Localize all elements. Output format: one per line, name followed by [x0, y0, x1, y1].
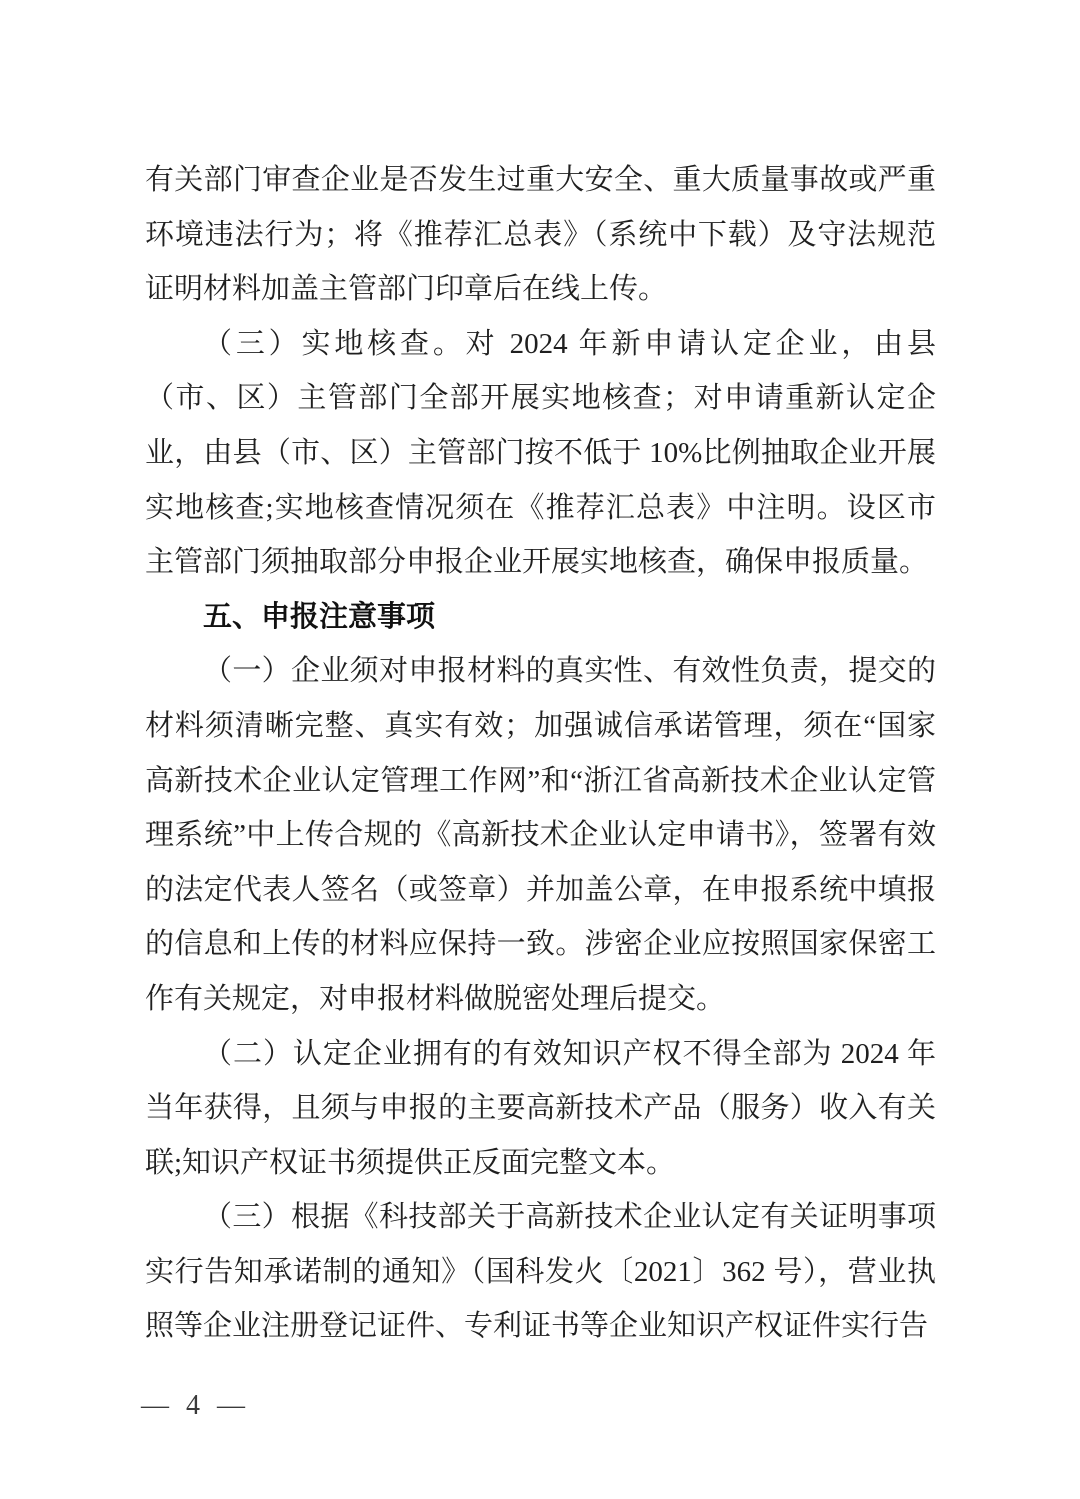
document-body: 有关部门审查企业是否发生过重大安全、重大质量事故或严重环境违法行为；将《推荐汇总… — [145, 153, 936, 1354]
paragraph: （三）根据《科技部关于高新技术企业认定有关证明事项实行告知承诺制的通知》（国科发… — [145, 1190, 936, 1354]
paragraph: （一）企业须对申报材料的真实性、有效性负责，提交的材料须清晰完整、真实有效；加强… — [145, 644, 936, 1026]
paragraph: （二）认定企业拥有的有效知识产权不得全部为 2024 年当年获得，且须与申报的主… — [145, 1027, 936, 1191]
paragraph: （三）实地核查。对 2024 年新申请认定企业，由县（市、区）主管部门全部开展实… — [145, 317, 936, 590]
page-number: — 4 — — [141, 1386, 245, 1426]
section-heading: 五、申报注意事项 — [145, 590, 936, 645]
paragraph: 有关部门审查企业是否发生过重大安全、重大质量事故或严重环境违法行为；将《推荐汇总… — [145, 153, 936, 317]
document-page: 有关部门审查企业是否发生过重大安全、重大质量事故或严重环境违法行为；将《推荐汇总… — [0, 0, 1080, 1499]
